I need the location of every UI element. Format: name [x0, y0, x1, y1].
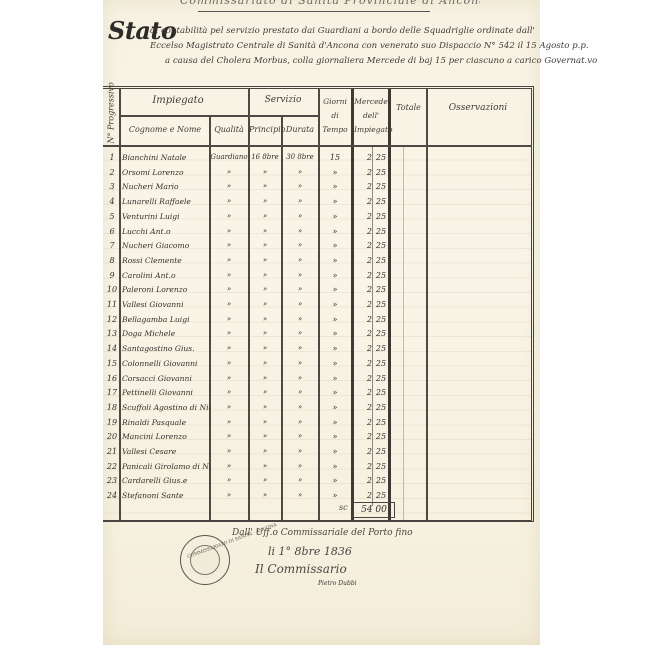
- cell-baj: 25: [374, 374, 388, 383]
- cell-n: 20: [105, 432, 119, 441]
- cell-giorni: »: [319, 432, 351, 441]
- cell-principio: »: [249, 182, 281, 190]
- cell-n: 9: [105, 271, 119, 280]
- table-row: 19Rinaldi Pasquale»»»»225: [103, 416, 531, 431]
- cell-qualita: »: [210, 491, 248, 499]
- cell-qualita: Guardiano: [210, 153, 248, 161]
- ledger-table: N° Progressivo Impiegato Servizio Cognom…: [103, 86, 534, 522]
- cell-qualita: »: [210, 388, 248, 396]
- cell-principio: »: [249, 432, 281, 440]
- cell-durata: »: [282, 447, 318, 455]
- cell-durata: »: [282, 418, 318, 426]
- cell-name: Scuffoli Agostino di Nicola: [122, 403, 210, 412]
- table-row: 2Orsomi Lorenzo»»»»225: [103, 166, 531, 181]
- cell-n: 3: [105, 182, 119, 191]
- cell-n: 2: [105, 168, 119, 177]
- table-row: 8Rossi Clemente»»»»225: [103, 254, 531, 269]
- cell-principio: »: [249, 418, 281, 426]
- cell-principio: »: [249, 285, 281, 293]
- cell-baj: 25: [374, 271, 388, 280]
- title-line-1: di contabilità pel servizio prestato dai…: [150, 26, 535, 36]
- cell-principio: »: [249, 241, 281, 249]
- header-split-line: [119, 115, 318, 117]
- cell-giorni: »: [319, 227, 351, 236]
- cell-principio: »: [249, 388, 281, 396]
- cell-n: 24: [105, 491, 119, 500]
- cell-scudi: 2: [355, 432, 372, 441]
- cell-baj: 25: [374, 197, 388, 206]
- cell-baj: 25: [374, 388, 388, 397]
- cell-scudi: 2: [355, 344, 372, 353]
- cell-giorni: »: [319, 271, 351, 280]
- cell-giorni: »: [319, 285, 351, 294]
- cell-principio: 16 8bre: [249, 153, 281, 161]
- cell-n: 19: [105, 418, 119, 427]
- cell-qualita: »: [210, 197, 248, 205]
- cell-principio: »: [249, 491, 281, 499]
- cell-durata: »: [282, 344, 318, 352]
- cell-principio: »: [249, 374, 281, 382]
- cell-name: Pettinelli Giovanni: [122, 388, 210, 397]
- cell-giorni: 15: [319, 153, 351, 162]
- cell-n: 1: [105, 153, 119, 162]
- cell-scudi: 2: [355, 491, 372, 500]
- cell-principio: »: [249, 476, 281, 484]
- cell-durata: »: [282, 212, 318, 220]
- cell-scudi: 2: [355, 271, 372, 280]
- table-row: 7Nucheri Giacomo»»»»225: [103, 239, 531, 254]
- table-row: 24Stefanoni Sante»»»»225: [103, 489, 531, 504]
- cell-giorni: »: [319, 491, 351, 500]
- cell-giorni: »: [319, 212, 351, 221]
- title-line-3: a causa del Cholera Morbus, colla giorna…: [165, 56, 597, 66]
- cell-qualita: »: [210, 403, 248, 411]
- cell-principio: »: [249, 212, 281, 220]
- cell-scudi: 2: [355, 300, 372, 309]
- table-row: 23Cardarelli Gius.e»»»»225: [103, 474, 531, 489]
- cell-giorni: »: [319, 329, 351, 338]
- cell-durata: »: [282, 300, 318, 308]
- table-row: 11Vallesi Giovanni»»»»225: [103, 298, 531, 313]
- cell-n: 21: [105, 447, 119, 456]
- cut-header-line: Commissariato di Sanità Provinciale di A…: [180, 0, 480, 8]
- cell-name: Corsacci Giovanni: [122, 374, 210, 383]
- cell-baj: 25: [374, 329, 388, 338]
- cell-qualita: »: [210, 447, 248, 455]
- cell-qualita: »: [210, 285, 248, 293]
- cell-qualita: »: [210, 227, 248, 235]
- cell-principio: »: [249, 344, 281, 352]
- cell-qualita: »: [210, 315, 248, 323]
- footer-signature: Pietro Dubbi: [318, 580, 357, 587]
- cell-scudi: 2: [355, 388, 372, 397]
- cell-giorni: »: [319, 182, 351, 191]
- cell-giorni: »: [319, 374, 351, 383]
- cell-qualita: »: [210, 344, 248, 352]
- cell-name: Orsomi Lorenzo: [122, 168, 210, 177]
- cell-durata: »: [282, 168, 318, 176]
- cell-durata: »: [282, 182, 318, 190]
- cell-baj: 25: [374, 285, 388, 294]
- cell-baj: 25: [374, 418, 388, 427]
- cell-qualita: »: [210, 432, 248, 440]
- cell-giorni: »: [319, 388, 351, 397]
- cell-qualita: »: [210, 462, 248, 470]
- cell-durata: »: [282, 491, 318, 499]
- cell-giorni: »: [319, 418, 351, 427]
- cell-baj: 25: [374, 432, 388, 441]
- cell-n: 11: [105, 300, 119, 309]
- cell-n: 14: [105, 344, 119, 353]
- cell-qualita: »: [210, 241, 248, 249]
- table-row: 5Venturini Luigi»»»»225: [103, 210, 531, 225]
- cell-durata: »: [282, 388, 318, 396]
- cell-name: Panicali Girolamo di Nicola: [122, 462, 210, 471]
- cell-qualita: »: [210, 418, 248, 426]
- table-row: 22Panicali Girolamo di Nicola»»»»225: [103, 460, 531, 475]
- cell-giorni: »: [319, 476, 351, 485]
- cell-durata: »: [282, 227, 318, 235]
- cell-baj: 25: [374, 212, 388, 221]
- table-row: 18Scuffoli Agostino di Nicola»»»»225: [103, 401, 531, 416]
- cell-durata: »: [282, 432, 318, 440]
- cell-baj: 25: [374, 403, 388, 412]
- cell-scudi: 2: [355, 227, 372, 236]
- cell-scudi: 2: [355, 197, 372, 206]
- cell-n: 12: [105, 315, 119, 324]
- cell-giorni: »: [319, 168, 351, 177]
- cell-durata: »: [282, 241, 318, 249]
- cell-name: Bellagamba Luigi: [122, 315, 210, 324]
- cell-durata: 30 8bre: [282, 153, 318, 161]
- cell-name: Nucheri Giacomo: [122, 241, 210, 250]
- cell-name: Doga Michele: [122, 329, 210, 338]
- cell-n: 6: [105, 227, 119, 236]
- cell-scudi: 2: [355, 168, 372, 177]
- cell-scudi: 2: [355, 315, 372, 324]
- table-row: 15Colonnelli Giovanni»»»»225: [103, 357, 531, 372]
- cell-scudi: 2: [355, 403, 372, 412]
- header-mercede: Mercede dell' Impiegato: [354, 95, 388, 137]
- cell-baj: 25: [374, 344, 388, 353]
- footer-date: li 1° 8bre 1836: [268, 545, 352, 558]
- cell-name: Vallesi Cesare: [122, 447, 210, 456]
- cell-n: 8: [105, 256, 119, 265]
- cell-scudi: 2: [355, 374, 372, 383]
- cell-baj: 25: [374, 447, 388, 456]
- title-line-2: Eccelso Magistrato Centrale di Sanità d'…: [150, 41, 589, 51]
- cell-scudi: 2: [355, 256, 372, 265]
- cell-name: Cardarelli Gius.e: [122, 476, 210, 485]
- cell-baj: 25: [374, 476, 388, 485]
- cell-name: Nucheri Mario: [122, 182, 210, 191]
- cell-scudi: 2: [355, 462, 372, 471]
- cell-qualita: »: [210, 271, 248, 279]
- cell-baj: 25: [374, 300, 388, 309]
- cell-giorni: »: [319, 403, 351, 412]
- cell-baj: 25: [374, 256, 388, 265]
- total-mark: sc: [339, 503, 348, 512]
- cell-giorni: »: [319, 300, 351, 309]
- cell-qualita: »: [210, 168, 248, 176]
- cell-n: 5: [105, 212, 119, 221]
- cell-qualita: »: [210, 300, 248, 308]
- table-row: 17Pettinelli Giovanni»»»»225: [103, 386, 531, 401]
- cell-principio: »: [249, 359, 281, 367]
- cell-qualita: »: [210, 374, 248, 382]
- cell-scudi: 2: [355, 329, 372, 338]
- cell-scudi: 2: [355, 182, 372, 191]
- cell-baj: 25: [374, 153, 388, 162]
- footer-place: Dall' Uff.o Commissariale del Porto fino: [232, 528, 413, 538]
- cell-giorni: »: [319, 256, 351, 265]
- cell-name: Lucchi Ant.o: [122, 227, 210, 236]
- table-row: 21Vallesi Cesare»»»»225: [103, 445, 531, 460]
- cell-giorni: »: [319, 344, 351, 353]
- cell-qualita: »: [210, 212, 248, 220]
- cell-scudi: 2: [355, 476, 372, 485]
- official-stamp: COMMISSARIATO DI SANITA · ANCONA: [180, 535, 230, 585]
- cell-principio: »: [249, 315, 281, 323]
- cell-qualita: »: [210, 359, 248, 367]
- header-impiegato: Impiegato: [133, 95, 223, 106]
- cell-baj: 25: [374, 315, 388, 324]
- cell-n: 15: [105, 359, 119, 368]
- cell-n: 17: [105, 388, 119, 397]
- cell-principio: »: [249, 300, 281, 308]
- cell-name: Colonnelli Giovanni: [122, 359, 210, 368]
- header-servizio: Servizio: [253, 95, 313, 105]
- cell-scudi: 2: [355, 447, 372, 456]
- cell-principio: »: [249, 168, 281, 176]
- cell-name: Stefanoni Sante: [122, 491, 210, 500]
- cell-baj: 25: [374, 359, 388, 368]
- cell-baj: 25: [374, 462, 388, 471]
- cell-name: Mancini Lorenzo: [122, 432, 210, 441]
- table-row: 13Doga Michele»»»»225: [103, 327, 531, 342]
- table-row: 6Lucchi Ant.o»»»»225: [103, 225, 531, 240]
- cell-n: 13: [105, 329, 119, 338]
- footer-role: Il Commissario: [255, 562, 347, 576]
- cell-durata: »: [282, 315, 318, 323]
- cell-qualita: »: [210, 182, 248, 190]
- cell-giorni: »: [319, 462, 351, 471]
- cell-principio: »: [249, 256, 281, 264]
- cell-giorni: »: [319, 447, 351, 456]
- cell-n: 22: [105, 462, 119, 471]
- table-row: 14Santagostino Gius.»»»»225: [103, 342, 531, 357]
- table-row: 12Bellagamba Luigi»»»»225: [103, 313, 531, 328]
- cell-baj: 25: [374, 491, 388, 500]
- header-durata: Durata: [282, 125, 318, 134]
- header-totale: Totale: [391, 103, 426, 112]
- header-giorni: Giorni di Tempo: [319, 95, 351, 137]
- cell-baj: 25: [374, 227, 388, 236]
- cell-baj: 25: [374, 182, 388, 191]
- table-row: 9Carolini Ant.o»»»»225: [103, 269, 531, 284]
- cell-durata: »: [282, 462, 318, 470]
- cell-principio: »: [249, 227, 281, 235]
- cell-durata: »: [282, 374, 318, 382]
- header-qualita: Qualità: [210, 125, 248, 134]
- cell-name: Bianchini Natale: [122, 153, 210, 162]
- table-row: 4Lunarelli Raffaele»»»»225: [103, 195, 531, 210]
- table-row: 10Paleroni Lorenzo»»»»225: [103, 283, 531, 298]
- cell-principio: »: [249, 271, 281, 279]
- cell-durata: »: [282, 476, 318, 484]
- cell-baj: 25: [374, 241, 388, 250]
- cell-name: Rinaldi Pasquale: [122, 418, 210, 427]
- cell-n: 16: [105, 374, 119, 383]
- header-rule: [198, 11, 430, 12]
- header-osservazioni: Osservazioni: [433, 103, 523, 113]
- cell-qualita: »: [210, 476, 248, 484]
- cell-name: Santagostino Gius.: [122, 344, 210, 353]
- cell-name: Lunarelli Raffaele: [122, 197, 210, 206]
- cell-name: Paleroni Lorenzo: [122, 285, 210, 294]
- cell-n: 23: [105, 476, 119, 485]
- cell-principio: »: [249, 329, 281, 337]
- cell-scudi: 2: [355, 285, 372, 294]
- header-bottom-line: [103, 145, 531, 147]
- cell-durata: »: [282, 329, 318, 337]
- cell-n: 7: [105, 241, 119, 250]
- cell-n: 10: [105, 285, 119, 294]
- table-row: 1Bianchini NataleGuardiano16 8bre30 8bre…: [103, 151, 531, 166]
- cell-durata: »: [282, 271, 318, 279]
- cell-baj: 25: [374, 168, 388, 177]
- cell-giorni: »: [319, 241, 351, 250]
- cell-scudi: 2: [355, 359, 372, 368]
- cell-qualita: »: [210, 256, 248, 264]
- header-numero: N° Progressivo: [107, 92, 116, 144]
- grand-total: 54 00: [353, 502, 395, 518]
- cell-durata: »: [282, 285, 318, 293]
- cell-giorni: »: [319, 315, 351, 324]
- cell-principio: »: [249, 197, 281, 205]
- cell-n: 18: [105, 403, 119, 412]
- cell-qualita: »: [210, 329, 248, 337]
- cell-scudi: 2: [355, 418, 372, 427]
- cell-durata: »: [282, 403, 318, 411]
- header-principio: Principio: [249, 125, 281, 134]
- cell-scudi: 2: [355, 212, 372, 221]
- cell-name: Rossi Clemente: [122, 256, 210, 265]
- cell-name: Carolini Ant.o: [122, 271, 210, 280]
- cell-principio: »: [249, 447, 281, 455]
- cell-n: 4: [105, 197, 119, 206]
- table-row: 20Mancini Lorenzo»»»»225: [103, 430, 531, 445]
- cell-durata: »: [282, 359, 318, 367]
- header-cognome-nome: Cognome e Nome: [121, 125, 209, 134]
- table-row: 3Nucheri Mario»»»»225: [103, 180, 531, 195]
- cell-scudi: 2: [355, 241, 372, 250]
- cell-giorni: »: [319, 359, 351, 368]
- cell-name: Vallesi Giovanni: [122, 300, 210, 309]
- cell-durata: »: [282, 256, 318, 264]
- cell-principio: »: [249, 462, 281, 470]
- table-row: 16Corsacci Giovanni»»»»225: [103, 372, 531, 387]
- cell-giorni: »: [319, 197, 351, 206]
- cell-scudi: 2: [355, 153, 372, 162]
- cell-principio: »: [249, 403, 281, 411]
- cell-name: Venturini Luigi: [122, 212, 210, 221]
- cell-durata: »: [282, 197, 318, 205]
